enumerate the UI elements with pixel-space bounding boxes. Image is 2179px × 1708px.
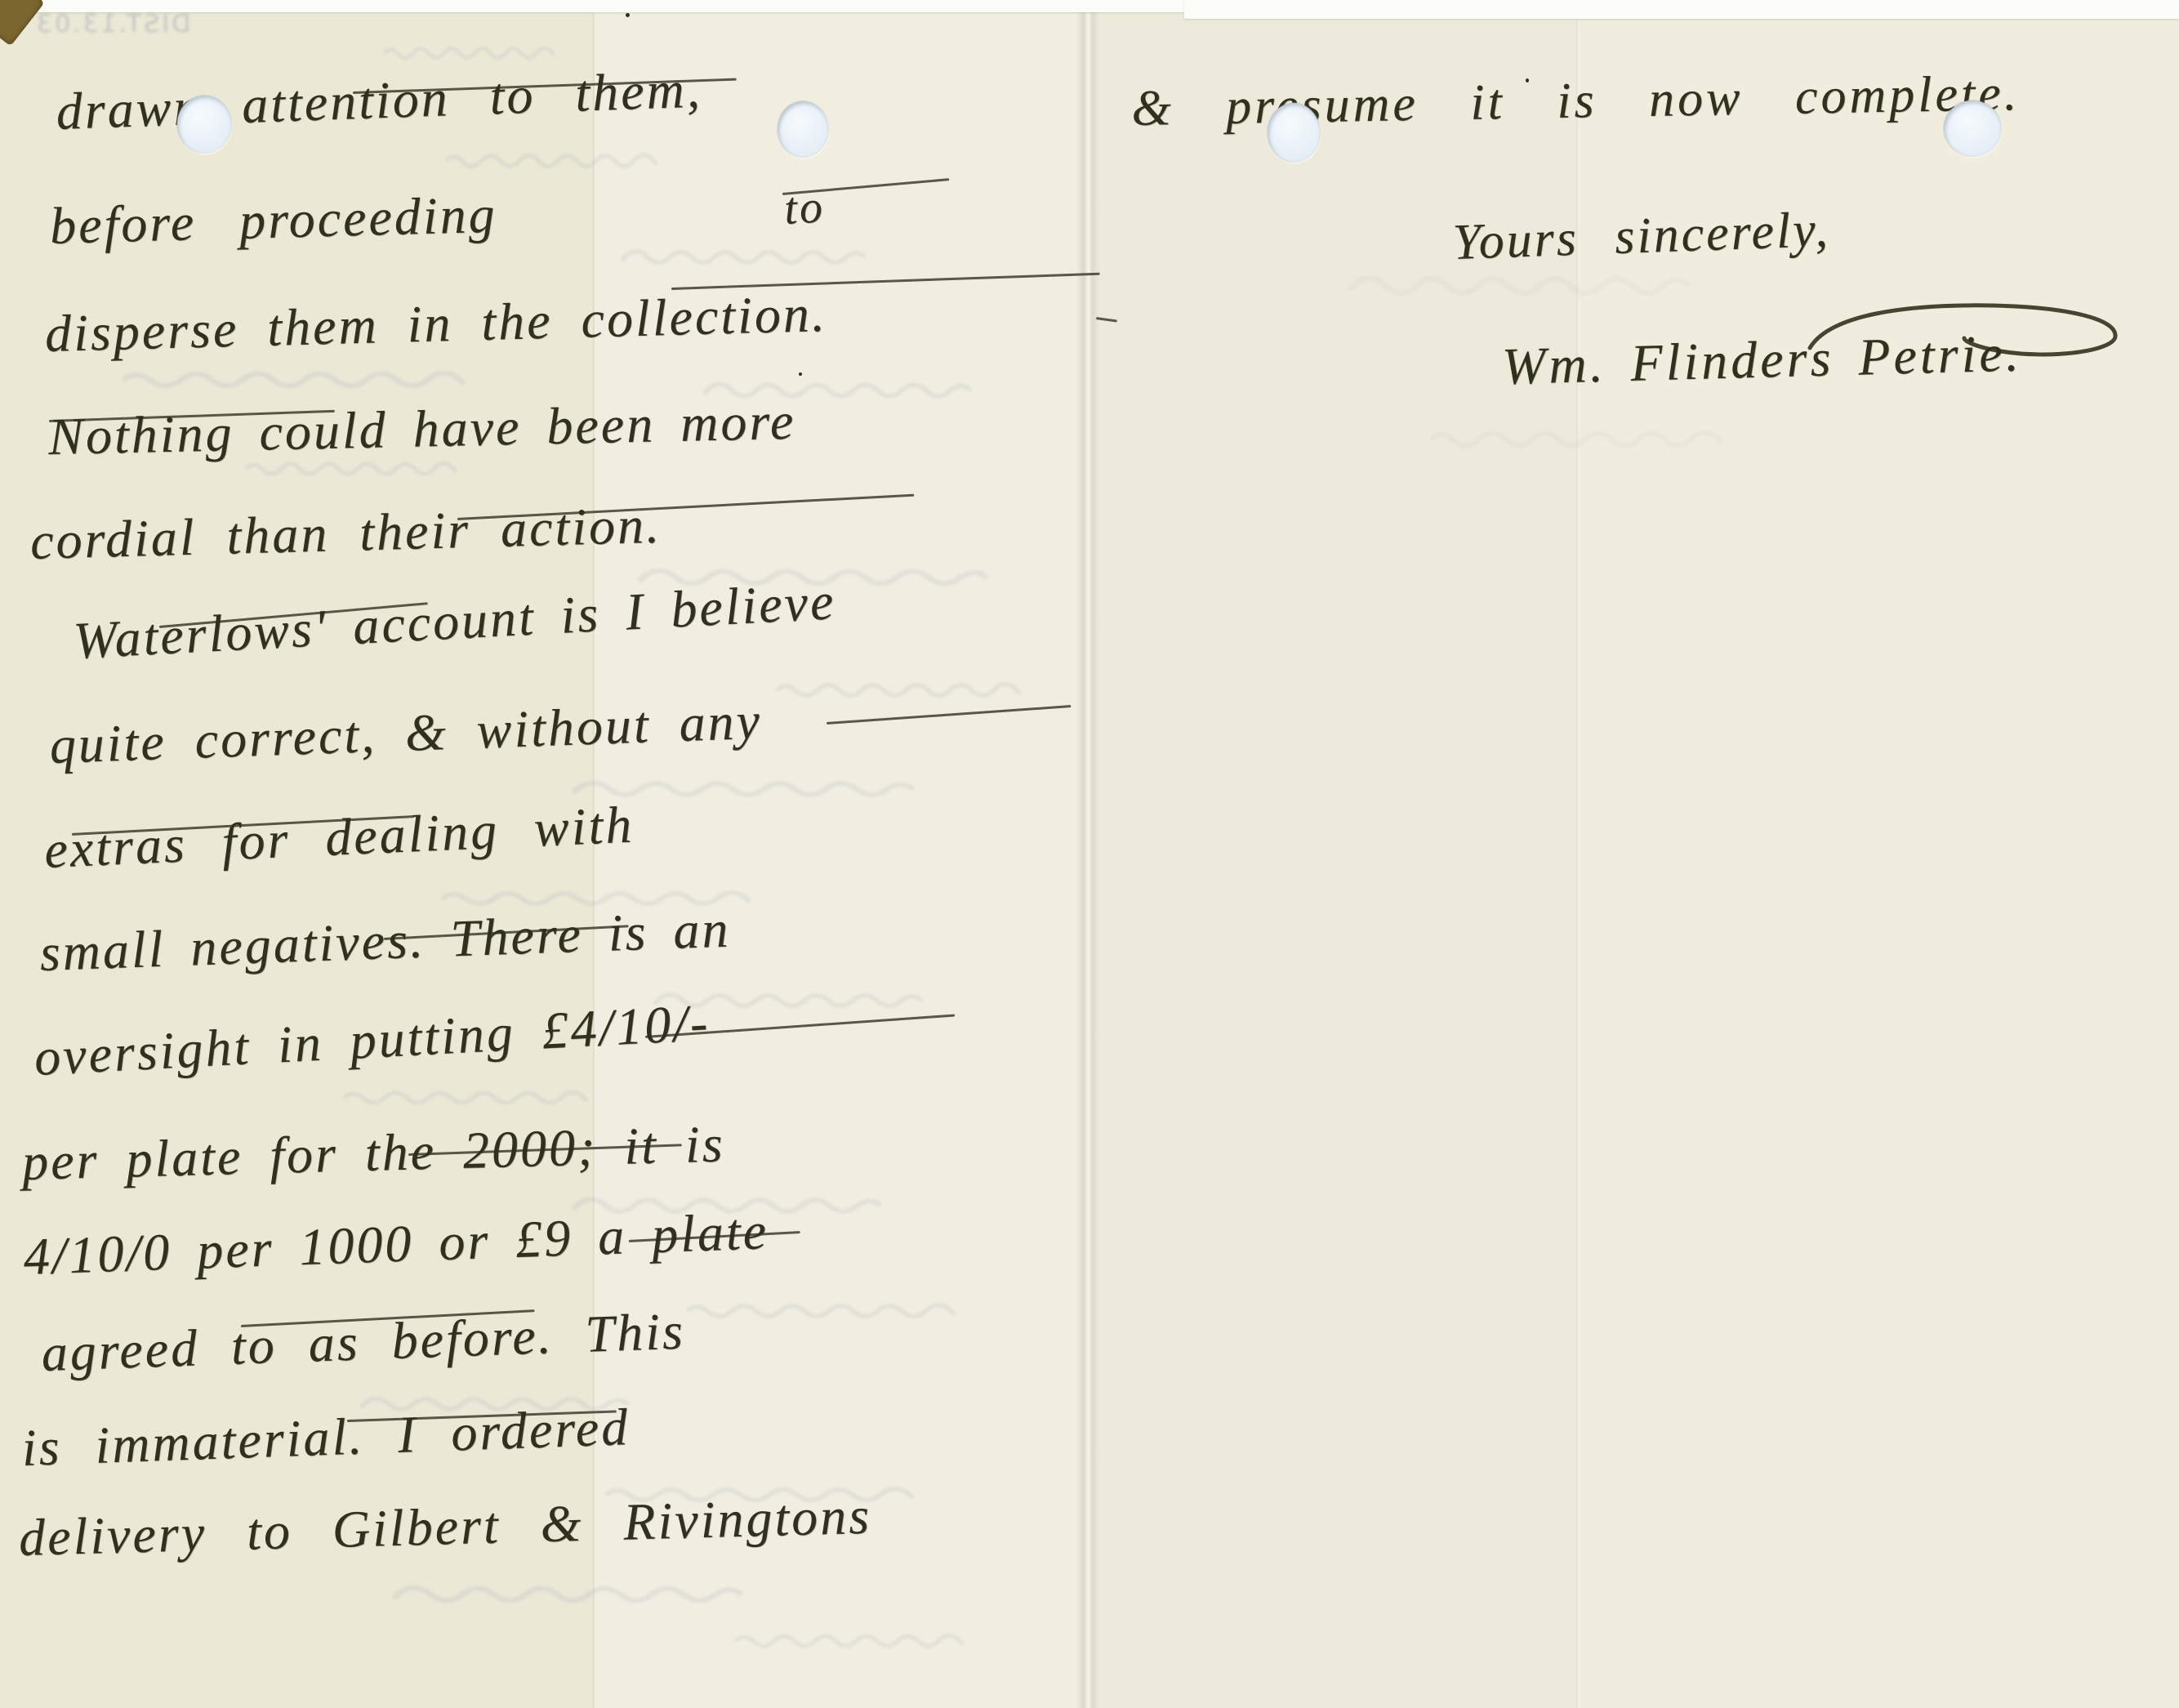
ghost-writing [735,1630,964,1652]
fold-crease-center [1076,0,1099,1708]
ghost-archive-stamp: DIST.13.03 [34,10,190,38]
hole-punch [1944,100,2001,156]
scanner-edge [1184,0,2179,19]
ghost-writing [384,42,555,64]
ghost-writing [686,1299,956,1323]
ink-speck [626,13,630,17]
letter-scan: DIST.13.03 drawn attention to them, befo… [0,0,2179,1708]
ghost-writing [123,366,466,394]
ghost-writing [343,1086,588,1109]
ghost-writing [445,149,657,173]
ink-speck [799,372,802,376]
ghost-writing [1429,425,1723,454]
hole-punch [778,101,828,157]
ink-speck [1526,78,1529,83]
hole-punch [1268,103,1320,162]
ghost-writing [392,1581,743,1608]
hole-punch [177,96,231,153]
ghost-writing [1348,270,1691,302]
ghost-writing [776,678,1021,702]
ghost-writing [621,245,866,270]
handwritten-line: before proceeding [49,185,497,256]
